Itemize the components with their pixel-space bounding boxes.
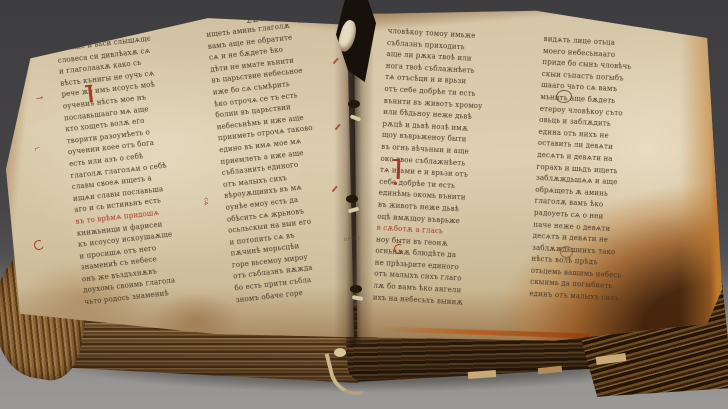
red-margin-note: сѧ — [203, 197, 210, 205]
ink-circle-around-hole — [560, 246, 573, 258]
folio-number-right: 169 — [594, 11, 614, 23]
right-page: 169 тс чловѣкоу томоу имьжесъблазнъ прих… — [350, 4, 722, 344]
sewing-hole — [350, 285, 362, 293]
red-margin-chevron: ⌐ — [33, 143, 42, 154]
red-initial-dot — [394, 182, 397, 185]
sewing-thread — [348, 207, 360, 214]
text-column-left-1: тѣмьжє и вьси слышѧщєсловеса си дивлѣахѫ… — [56, 29, 224, 309]
red-initial-hook — [393, 159, 400, 161]
manuscript-photo-scene: 226 тс тѣмьжє и вьси слышѧщєсловеса си д… — [0, 0, 728, 409]
sewing-thread — [350, 114, 362, 122]
sewing-hole — [348, 100, 360, 108]
left-page: 226 тс тѣмьжє и вьси слышѧщєсловеса си д… — [6, 8, 354, 344]
sewing-hole — [346, 195, 358, 203]
red-margin-arrow: → — [35, 93, 44, 104]
sewing-thread — [352, 295, 364, 301]
quire-mark-right: тс — [636, 13, 644, 21]
thread-knot — [334, 348, 346, 357]
red-paraph-mark — [33, 239, 46, 252]
text-column-right-2: видѧть лице отьцамоего небесьнаагоприде … — [529, 34, 688, 308]
